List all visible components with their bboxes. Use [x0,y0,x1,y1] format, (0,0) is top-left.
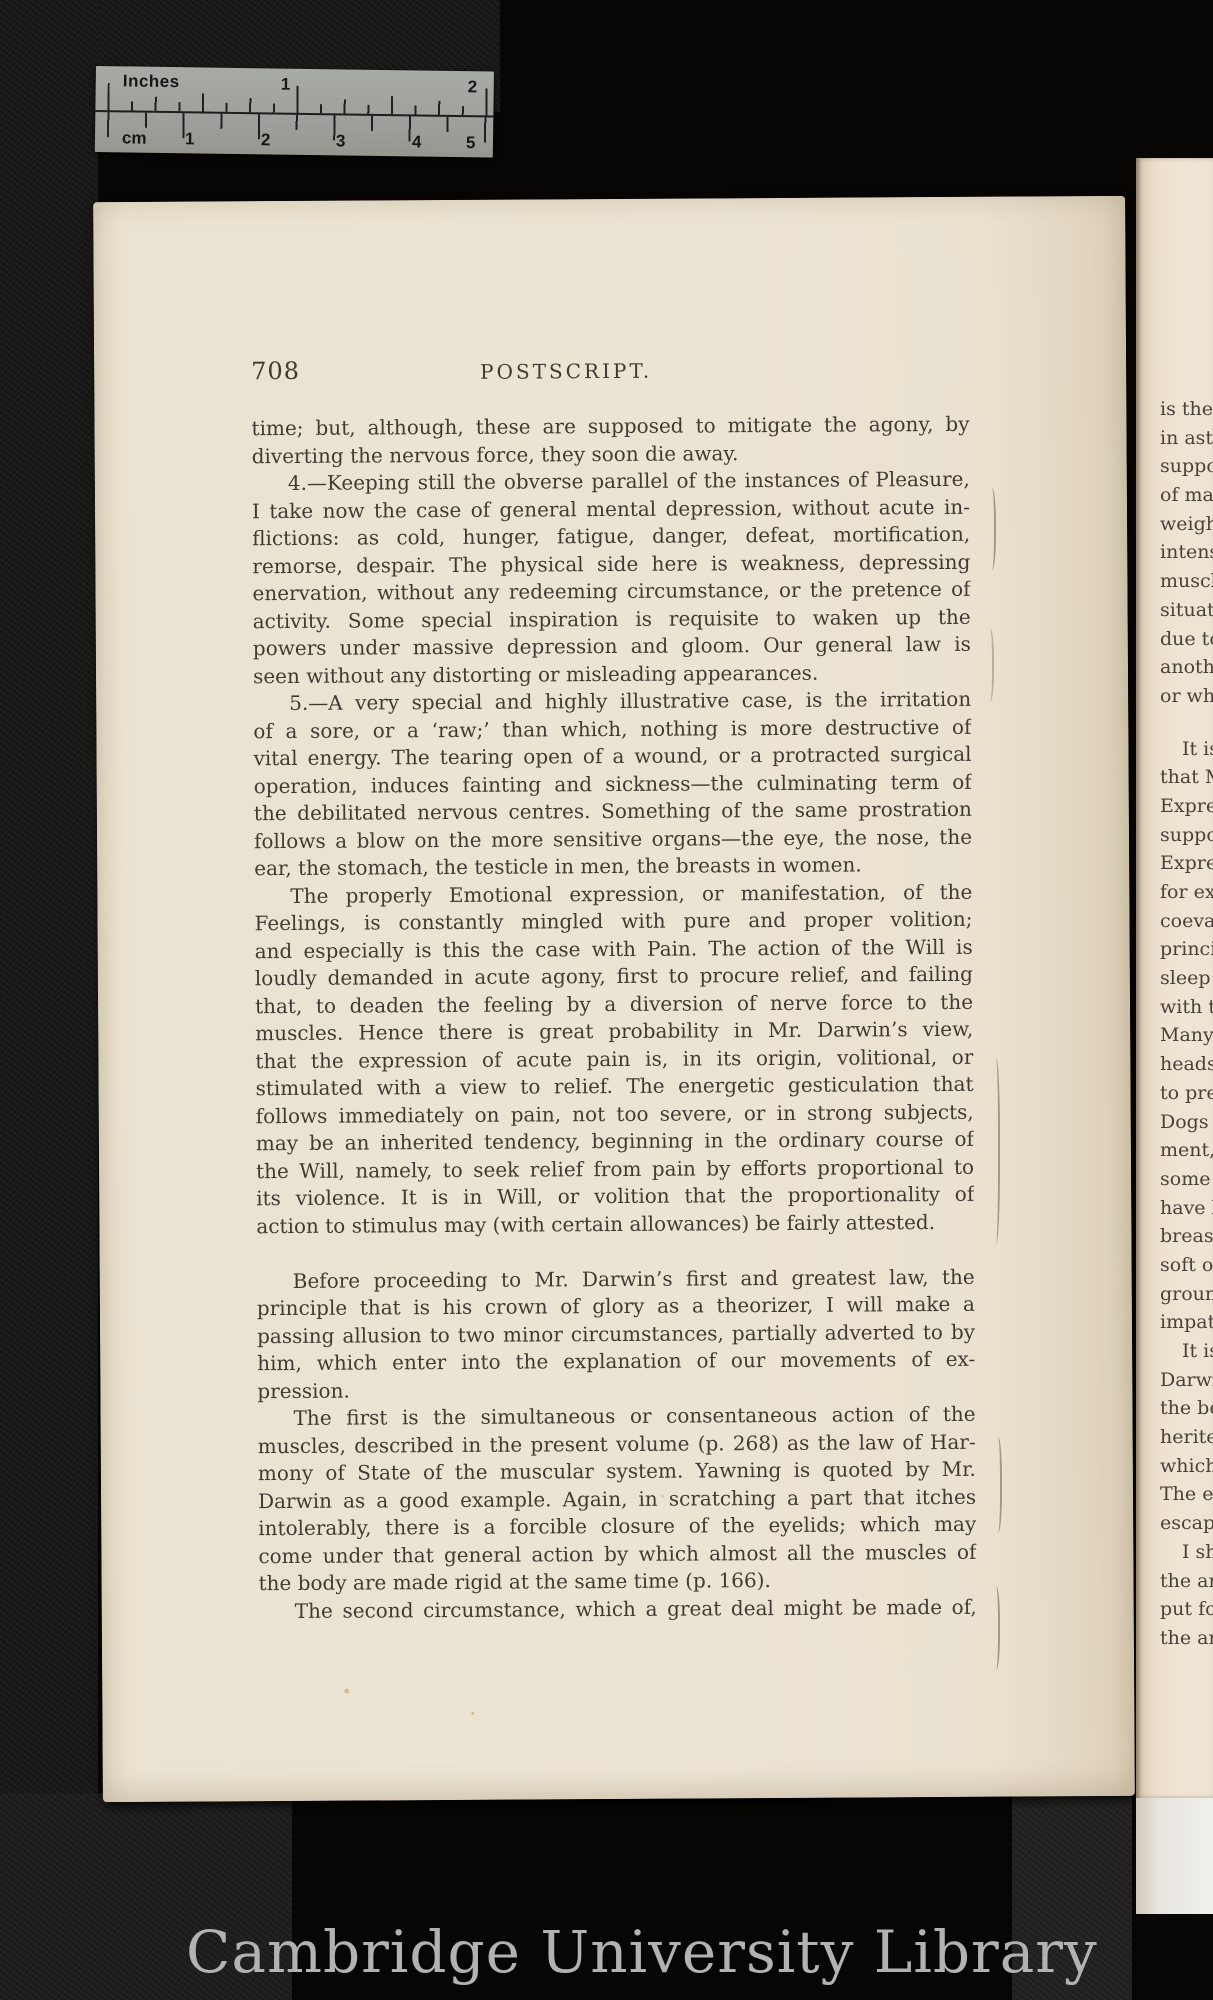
text-line: mony of State of the muscular system. Ya… [258,1456,976,1488]
cm-number: 3 [336,131,346,151]
text-line: follows a blow on the more sensitive org… [254,823,972,855]
text-line: time; but, although, these are supposed … [251,411,969,443]
text-line: the debilitated nervous centres. Somethi… [254,796,972,828]
text-line: and especially is this the case with Pai… [255,933,973,965]
text-line: Feelings, is constantly mingled with pur… [254,906,972,938]
margin-pen-mark [994,1437,1002,1533]
text-line: 4.—Keeping still the obverse parallel of… [252,466,970,498]
facing-page-fragment-line: to prepare [1160,1079,1213,1108]
text-line: the Will, namely, to seek relief from pa… [256,1153,974,1185]
text-line: Darwin as a good example. Again, in scra… [258,1483,976,1515]
text-line: activity. Some special inspiration is re… [253,603,971,635]
facing-page-fragment-line: which som [1160,1452,1213,1481]
text-line: follows immediately on pain, not too sev… [256,1098,974,1130]
text-line: that the expression of acute pain is, in… [255,1043,973,1075]
facing-page-fragment-line: with their [1160,993,1213,1022]
facing-page-fragment-line: sleep on a l [1160,964,1213,993]
facing-page-fragment-line: The expres [1160,1480,1213,1509]
facing-page-fragment-line: supposes t [1160,821,1213,850]
library-watermark: Cambridge University Library [186,1918,1066,1986]
text-line: seen without any distorting or misleadin… [253,658,971,690]
facing-page-fore-edge [1136,1798,1213,1914]
cm-number: 5 [466,133,476,153]
ruler-cm-ticks [107,112,487,142]
measuring-ruler: Inches cm 1212345 [95,66,494,158]
text-line: The first is the simultaneous or consent… [257,1401,975,1433]
facing-page-fragment-line: or when abo [1160,682,1213,711]
text-line: action to stimulus may (with certain all… [256,1208,974,1240]
margin-pen-mark [992,1586,1000,1670]
text-line: that, to deaden the feeling by a diversi… [255,988,973,1020]
text-line: diverting the nervous force, they soon d… [252,438,970,470]
foxing-spot [661,1495,664,1498]
page-text: time; but, although, these are supposed … [251,411,976,1625]
text-line: muscles, described in the present volume… [258,1428,976,1460]
foxing-spot [344,1689,349,1694]
text-line: intolerably, there is a forcible closure… [258,1511,976,1543]
text-line: passing allusion to two minor circumstan… [257,1318,975,1350]
cm-scale-label: cm [122,128,147,148]
facing-page-fragment-line: ground; h [1160,1280,1213,1309]
text-line: The second circumstance, which a great d… [259,1593,977,1625]
text-line: I take now the case of general mental de… [252,493,970,525]
facing-page-fragment-line: soft obsta [1160,1251,1213,1280]
text-line: pression. [257,1373,975,1405]
text-line: loudly demanded in acute agony, first to… [255,961,973,993]
facing-page-fragment-line: impatient f [1160,1308,1213,1337]
margin-pen-mark [986,628,994,702]
cm-number: 2 [261,130,271,150]
facing-page-fragment-line: herited att [1160,1423,1213,1452]
text-line: flictions: as cold, hunger, fatigue, dan… [252,521,970,553]
facing-page-fragment-line: Expression [1160,849,1213,878]
text-line: operation, induces fainting and sickness… [254,768,972,800]
facing-page-fragment-line: supporting t [1160,452,1213,481]
margin-pen-mark [988,488,996,570]
text-line: come under that general action by which … [258,1538,976,1570]
facing-page-fragment-line: weight (p. 2 [1160,510,1213,539]
foxing-spot [471,1712,474,1715]
facing-page-fragment-line: that Mr. D [1160,763,1213,792]
facing-page-fragment-line: another; as [1160,653,1213,682]
text-line: ear, the stomach, the testicle in men, t… [254,851,972,883]
text-line: vital energy. The tearing open of a woun… [253,741,971,773]
facing-page-fragment-line: escaping d [1160,1509,1213,1538]
facing-page-fragment-line: It is, [1160,1337,1213,1366]
facing-page-fragment-line: put forth i [1160,1595,1213,1624]
book-page: 708 POSTSCRIPT. time; but, although, the… [93,196,1135,1802]
facing-page-fragment-line: Many carni [1160,1021,1213,1050]
text-line: stimulated with a view to relief. The en… [255,1071,973,1103]
cm-number: 1 [185,129,195,149]
facing-page-fragment-line: some ancie [1160,1165,1213,1194]
running-head: POSTSCRIPT. [446,359,686,384]
background-fabric [0,0,98,1812]
facing-page-fragment-line: ment, in ci [1160,1136,1213,1165]
facing-page-fragment-line: is the Limita [1160,395,1213,424]
facing-page-fragment-line: Expression, [1160,792,1213,821]
text-line: him, which enter into the explanation of… [257,1346,975,1378]
inches-scale-label: Inches [123,71,180,92]
text-line: principle that is his crown of glory as … [257,1291,975,1323]
cm-number: 4 [412,132,422,152]
facing-page-fragment-line: heads and e [1160,1050,1213,1079]
facing-page-fragment-line: the angle. [1160,1624,1213,1653]
text-line: enervation, without any redeeming circum… [252,576,970,608]
library-scan: Inches cm 1212345 708 POSTSCRIPT. time; … [0,0,1213,2000]
text-line: Before proceeding to Mr. Darwin’s first … [257,1263,975,1295]
page-number: 708 [251,357,300,385]
facing-page-fragment-line: muscles tha [1160,567,1213,596]
text-line: its violence. It is in Will, or volition… [256,1181,974,1213]
facing-page-fragment-line: Dogs are w [1160,1108,1213,1137]
facing-page-fragment-line: It is u [1160,735,1213,764]
facing-page-fragment-line: situations m [1160,596,1213,625]
inch-number: 1 [281,75,291,95]
text-line: muscles. Hence there is great probabilit… [255,1016,973,1048]
facing-page-fragment-line: the anoma [1160,1567,1213,1596]
facing-page-fragment-line: of many of [1160,481,1213,510]
facing-page-fragment-line: I shal [1160,1538,1213,1567]
facing-page-edge: is the Limitain astonishmsupporting tof … [1136,158,1213,1798]
text-line: powers under massive depression and gloo… [253,631,971,663]
facing-page-fragment-line: have been [1160,1194,1213,1223]
facing-page-fragment-line: breasts, to [1160,1222,1213,1251]
inch-number: 2 [468,77,478,97]
text-line: remorse, despair. The physical side here… [252,548,970,580]
facing-page-fragment-line: principle a [1160,935,1213,964]
facing-page-fragment-line: for express [1160,878,1213,907]
text-line: may be an inherited tendency, beginning … [256,1126,974,1158]
text-line: 5.—A very special and highly illustrativ… [253,686,971,718]
text-line: The properly Emotional expression, or ma… [254,878,972,910]
facing-page-fragment-line: the best a [1160,1394,1213,1423]
margin-pen-mark [992,1058,1000,1244]
facing-page-fragment-line: coeval wit [1160,907,1213,936]
facing-page-fragment-line: intense abst [1160,538,1213,567]
facing-page-fragment-line: due to the [1160,625,1213,654]
facing-page-fragment-line: in astonishm [1160,424,1213,453]
facing-page-fragment-line: Darwin ob [1160,1366,1213,1395]
facing-page-fragments: is the Limitain astonishmsupporting tof … [1160,395,1213,1653]
text-line: of a sore, or a ‘raw;’ than which, nothi… [253,713,971,745]
text-line: the body are made rigid at the same time… [258,1566,976,1598]
